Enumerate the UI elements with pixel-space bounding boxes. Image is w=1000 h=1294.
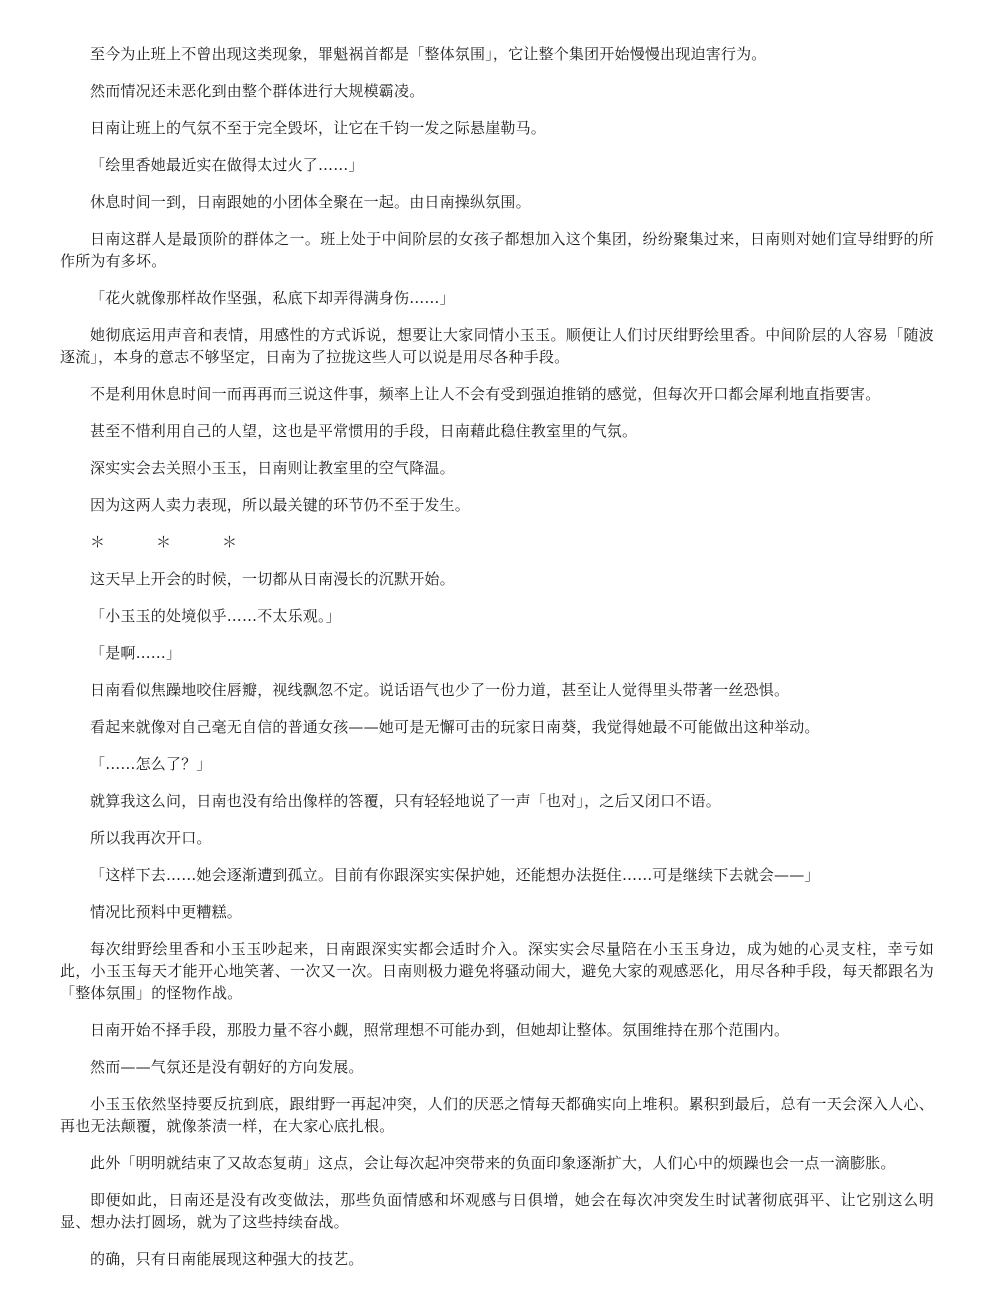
dialogue-4: 「是啊……」 (60, 642, 934, 664)
paragraph-30: 的确，只有日南能展现这种强大的技艺。 (60, 1248, 934, 1270)
paragraph-12: 因为这两人卖力表现，所以最关键的环节仍不至于发生。 (60, 494, 934, 516)
paragraph-21: 所以我再次开口。 (60, 827, 934, 849)
paragraph-24: 每次绀野绘里香和小玉玉吵起来，日南跟深实实都会适时介入。深实实会尽量陪在小玉玉身… (60, 938, 934, 1004)
dialogue-6: 「这样下去……她会逐渐遭到孤立。目前有你跟深实实保护她，还能想办法挺住……可是继… (60, 864, 934, 886)
scene-break-separator: ＊ ＊ ＊ (60, 531, 934, 553)
paragraph-26: 然而——气氛还是没有朝好的方向发展。 (60, 1056, 934, 1078)
paragraph-23: 情况比预料中更糟糕。 (60, 901, 934, 923)
paragraph-25: 日南开始不择手段，那股力量不容小觑，照常理想不可能办到，但她却让整体。氛围维持在… (60, 1019, 934, 1041)
paragraph-6: 日南这群人是最顶阶的群体之一。班上处于中间阶层的女孩子都想加入这个集团，纷纷聚集… (60, 228, 934, 272)
paragraph-11: 深实实会去关照小玉玉，日南则让教室里的空气降温。 (60, 457, 934, 479)
paragraph-5: 休息时间一到，日南跟她的小团体全聚在一起。由日南操纵氛围。 (60, 191, 934, 213)
paragraph-17: 日南看似焦躁地咬住唇瓣，视线飘忽不定。说话语气也少了一份力道，甚至让人觉得里头带… (60, 679, 934, 701)
dialogue-5: 「……怎么了？」 (60, 753, 934, 775)
paragraph-18: 看起来就像对自己毫无自信的普通女孩——她可是无懈可击的玩家日南葵，我觉得她最不可… (60, 716, 934, 738)
dialogue-1: 「绘里香她最近实在做得太过火了……」 (60, 154, 934, 176)
dialogue-2: 「花火就像那样故作坚强，私底下却弄得满身伤……」 (60, 287, 934, 309)
paragraph-9: 不是利用休息时间一而再再而三说这件事，频率上让人不会有受到强迫推销的感觉，但每次… (60, 383, 934, 405)
paragraph-27: 小玉玉依然坚持要反抗到底，跟绀野一再起冲突，人们的厌恶之情每天都确实向上堆积。累… (60, 1093, 934, 1137)
paragraph-28: 此外「明明就结束了又故态复萌」这点，会让每次起冲突带来的负面印象逐渐扩大，人们心… (60, 1152, 934, 1174)
paragraph-10: 甚至不惜利用自己的人望，这也是平常惯用的手段，日南藉此稳住教室里的气氛。 (60, 420, 934, 442)
paragraph-14: 这天早上开会的时候，一切都从日南漫长的沉默开始。 (60, 568, 934, 590)
paragraph-3: 日南让班上的气氛不至于完全毁坏，让它在千钧一发之际悬崖勒马。 (60, 117, 934, 139)
paragraph-29: 即便如此，日南还是没有改变做法，那些负面情感和坏观感与日俱增，她会在每次冲突发生… (60, 1189, 934, 1233)
document-page: 至今为止班上不曾出现这类现象，罪魁祸首都是「整体氛围」，它让整个集团开始慢慢出现… (60, 43, 934, 1285)
dialogue-3: 「小玉玉的处境似乎……不太乐观。」 (60, 605, 934, 627)
paragraph-8: 她彻底运用声音和表情，用感性的方式诉说，想要让大家同情小玉玉。顺便让人们讨厌绀野… (60, 324, 934, 368)
paragraph-1: 至今为止班上不曾出现这类现象，罪魁祸首都是「整体氛围」，它让整个集团开始慢慢出现… (60, 43, 934, 65)
paragraph-2: 然而情况还未恶化到由整个群体进行大规模霸凌。 (60, 80, 934, 102)
paragraph-20: 就算我这么问，日南也没有给出像样的答覆，只有轻轻地说了一声「也对」，之后又闭口不… (60, 790, 934, 812)
